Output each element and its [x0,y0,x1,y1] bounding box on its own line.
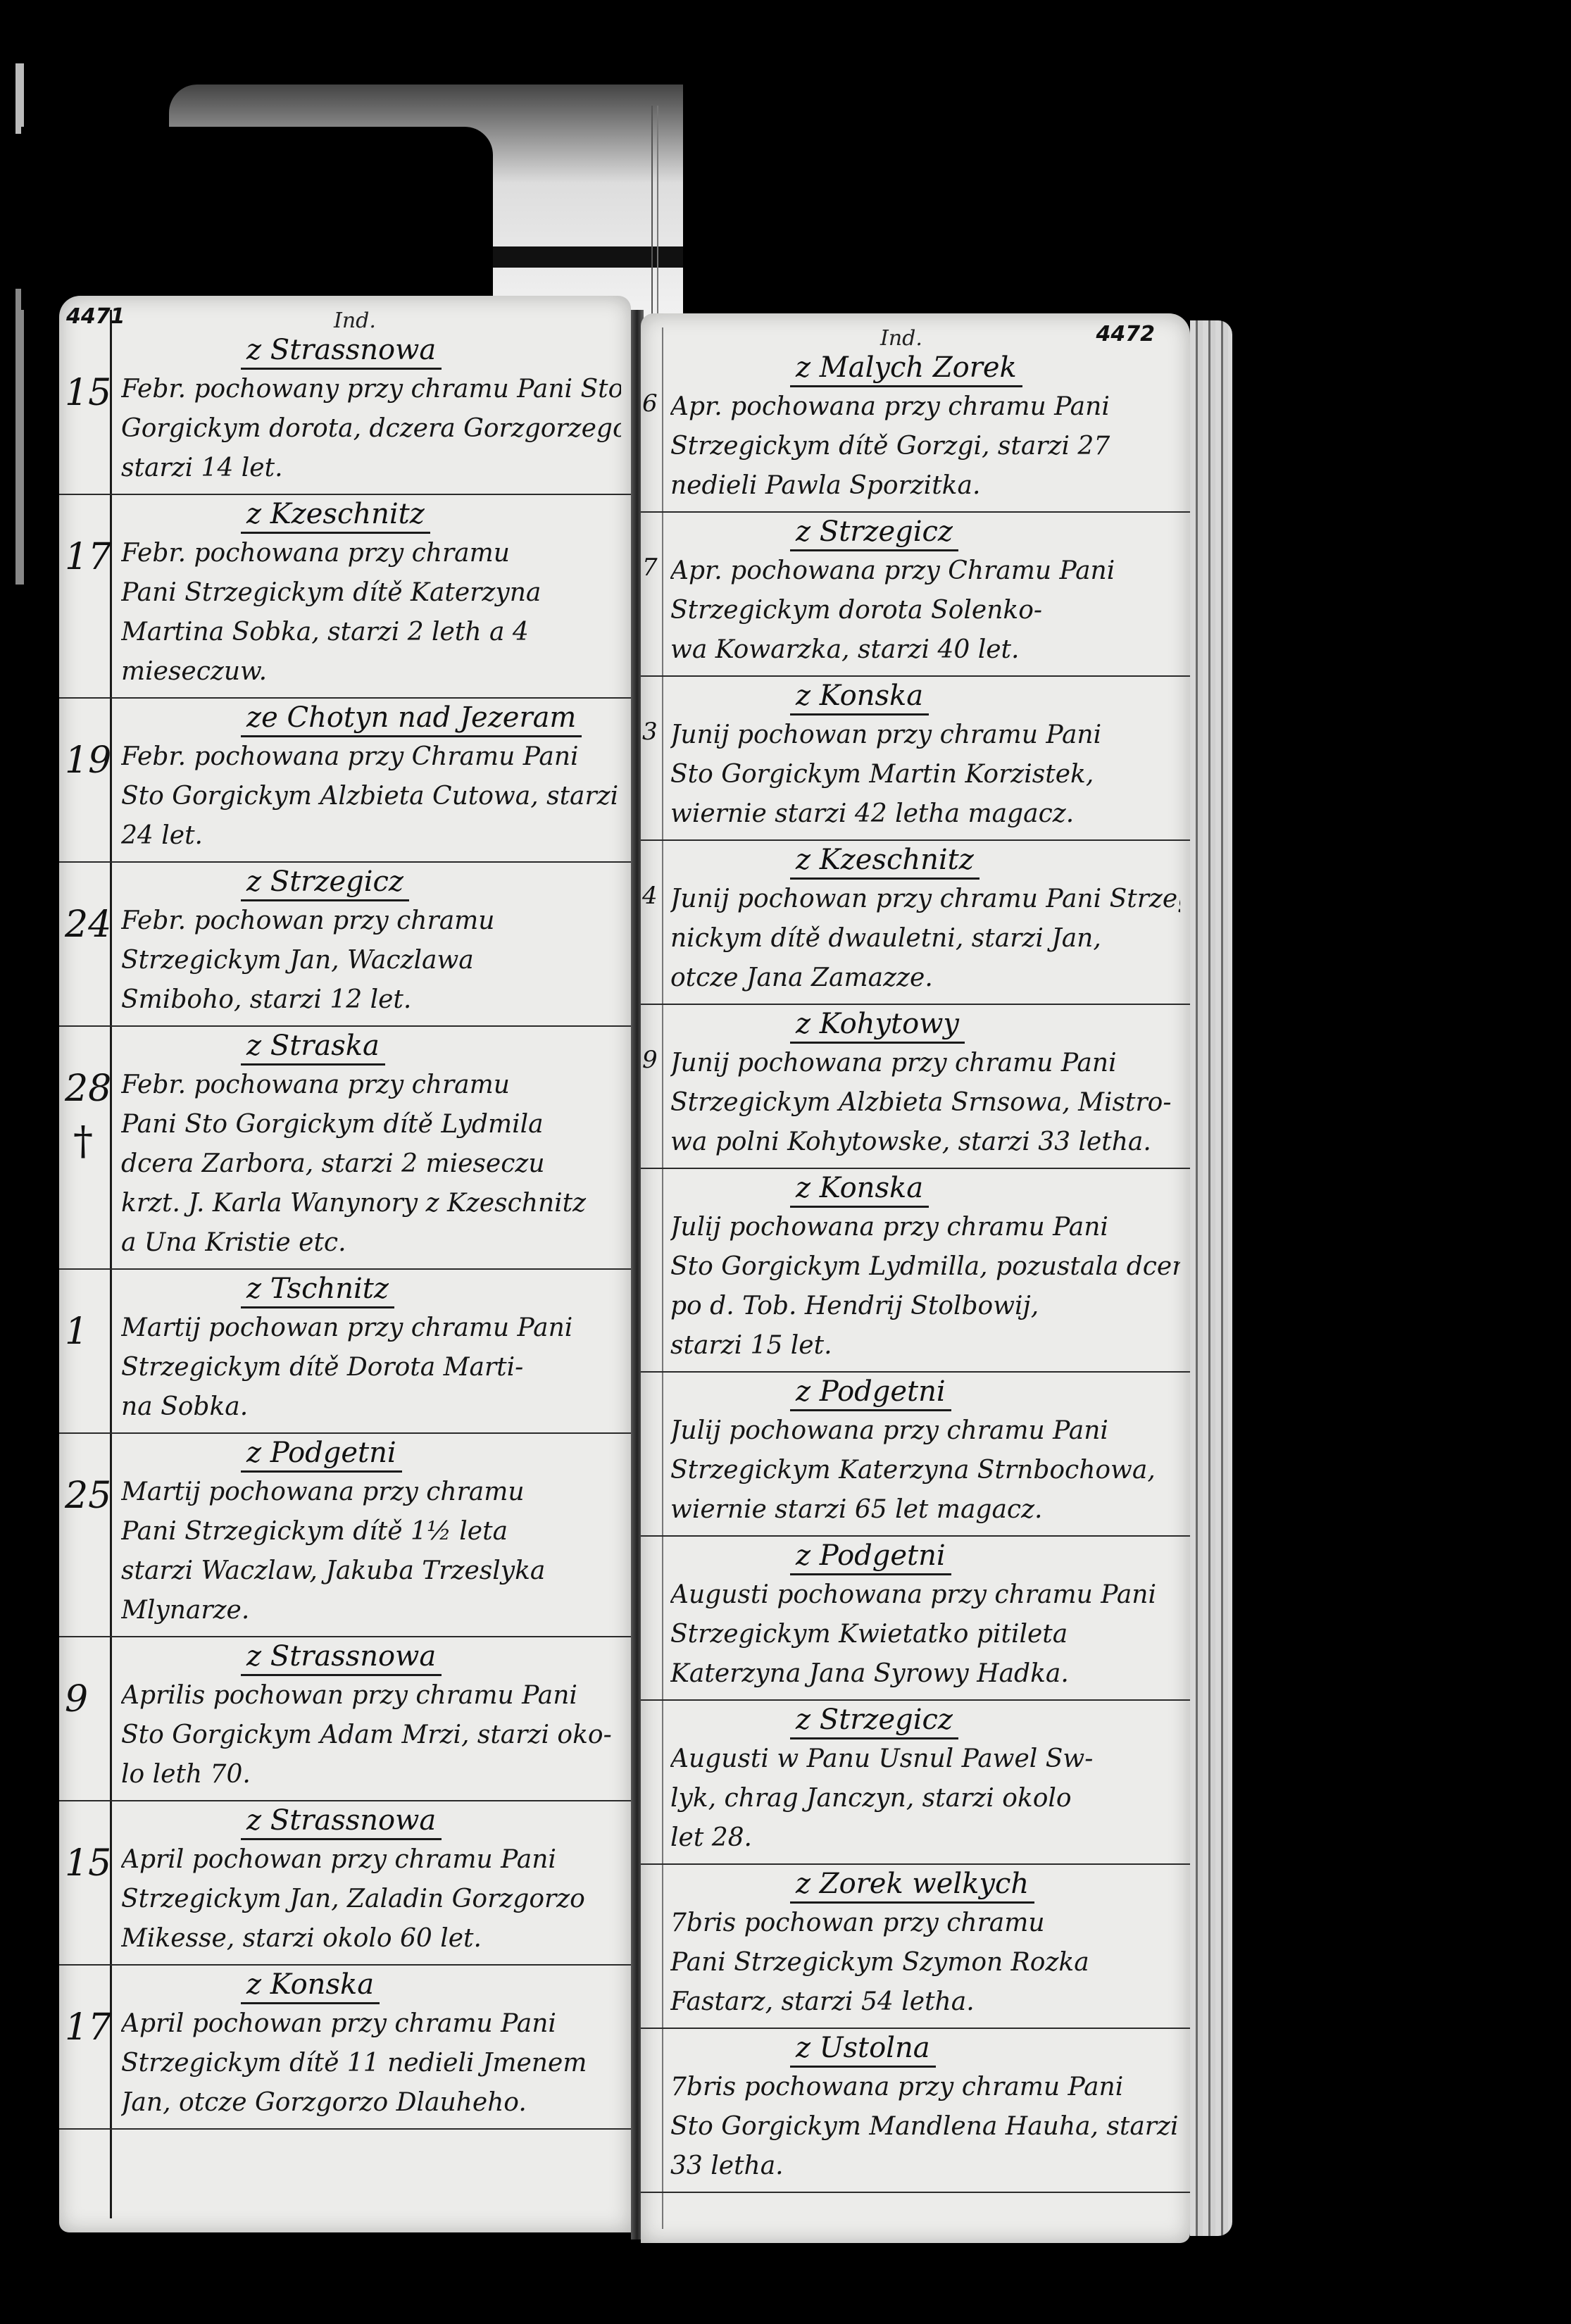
burial-entry: 24 z Strzegicz Febr. pochowan przy chram… [59,863,631,1027]
entry-line: a Una Kristie etc. [121,1223,621,1263]
entry-day: 25 [65,1475,111,1517]
header-mark: Ind. [334,308,376,333]
entry-line: Smiboho, starzi 12 let. [121,980,621,1020]
entry-day: 28 [65,1068,111,1110]
entry-village: z Kohytowy [790,1008,965,1044]
burial-entry: 17 z Kzeschnitz Febr. pochowana przy chr… [59,495,631,699]
entry-village: z Kzeschnitz [790,844,979,880]
entry-day: 1 [65,1311,88,1353]
entry-line: Junij pochowan przy chramu Pani [670,716,1180,755]
burial-entry: 19 ze Chotyn nad Jezeram Febr. pochowana… [59,699,631,863]
burial-entry: 3 z Konska Junij pochowan przy chramu Pa… [641,677,1190,841]
entry-line: Febr. pochowan przy chramu [121,901,621,941]
entry-line: Apr. pochowana przy chramu Pani [670,387,1180,427]
entry-line: starzi 15 let. [670,1326,1180,1366]
entry-line: Sto Gorgickym Alzbieta Cutowa, starzi [121,777,621,816]
entry-village: z Strassnowa [241,1640,442,1676]
entry-line: lo leth 70. [121,1755,621,1794]
entry-line: Sto Gorgickym Lydmilla, pozustala dcera [670,1247,1180,1287]
entry-line: Gorgickym dorota, dczera Gorzgorzego [121,409,621,449]
entry-line: Febr. pochowana przy chramu [121,1066,621,1105]
entry-line: Pani Strzegickym Szymon Rozka [670,1943,1180,1982]
burial-entry: z Podgetni Augusti pochowana przy chramu… [641,1537,1190,1701]
entry-day: 9 [642,1046,658,1074]
entry-village: z Podgetni [790,1539,951,1575]
entry-line: otcze Jana Zamazze. [670,958,1180,998]
entry-line: wa polni Kohytowske, starzi 33 letha. [670,1123,1180,1162]
entry-line: 24 let. [121,816,621,856]
entry-day: 17 [65,2006,111,2049]
entry-line: Febr. pochowany przy chramu Pani Sto [121,370,621,409]
entry-line: Pani Strzegickym dítě Katerzyna [121,573,621,613]
entry-list: 6 z Malych Zorek Apr. pochowana przy chr… [641,349,1190,2193]
burial-entry: 7 z Strzegicz Apr. pochowana przy Chramu… [641,513,1190,677]
entry-village: z Straska [241,1030,385,1066]
page-block-edges [1190,320,1232,2236]
entry-line: nickym dítě dwauletni, starzi Jan, [670,919,1180,958]
film-edge-mark [15,289,24,585]
entry-village: z Tschnitz [241,1273,394,1308]
entry-day: 19 [65,739,111,782]
burial-entry: 17 z Konska April pochowan przy chramu P… [59,1966,631,2130]
entry-line: Fastarz, starzi 54 letha. [670,1982,1180,2022]
entry-day: 15 [65,372,111,414]
scanner-shadow [21,127,493,310]
entry-line: Julij pochowana przy chramu Pani [670,1208,1180,1247]
entry-line: Strzegickym dorota Solenko- [670,591,1180,630]
entry-village: z Ustolna [790,2032,936,2068]
entry-day: 4 [642,882,658,910]
entry-line: Katerzyna Jana Syrowy Hadka. [670,1654,1180,1694]
entry-list: 15 z Strassnowa Febr. pochowany przy chr… [59,331,631,2130]
burial-entry: z Strzegicz Augusti w Panu Usnul Pawel S… [641,1701,1190,1865]
entry-line: wa Kowarzka, starzi 40 let. [670,630,1180,670]
entry-line: lyk, chrag Janczyn, starzi okolo [670,1779,1180,1818]
entry-line: Strzegickym dítě Gorzgi, starzi 27 [670,427,1180,466]
left-page: 4471 Ind. 15 z Strassnowa Febr. pochowan… [59,296,631,2232]
entry-day: 15 [65,1842,111,1885]
entry-line: dcera Zarbora, starzi 2 mieseczu [121,1144,621,1184]
entry-line: wiernie starzi 42 letha magacz. [670,794,1180,834]
entry-line: Sto Gorgickym Adam Mrzi, starzi oko- [121,1716,621,1755]
entry-village: z Strzegicz [790,1704,958,1739]
entry-village: z Strassnowa [241,1804,442,1840]
entry-line: Sto Gorgickym Mandlena Hauha, starzi [670,2107,1180,2147]
entry-day: 3 [642,718,658,746]
entry-line: April pochowan przy chramu Pani [121,1840,621,1880]
entry-line: Junij pochowan przy chramu Pani Strzeg- [670,880,1180,919]
entry-line: wiernie starzi 65 let magacz. [670,1490,1180,1530]
entry-village: z Strzegicz [241,866,409,901]
entry-line: Pani Sto Gorgickym dítě Lydmila [121,1105,621,1144]
entry-line: nedieli Pawla Sporzitka. [670,466,1180,506]
entry-line: 7bris pochowana przy chramu Pani [670,2068,1180,2107]
entry-village: ze Chotyn nad Jezeram [241,701,582,737]
cross-icon: † [73,1118,93,1164]
entry-line: Jan, otcze Gorzgorzo Dlauheho. [121,2083,621,2123]
entry-village: z Strzegicz [790,516,958,551]
entry-line: Augusti pochowana przy chramu Pani [670,1575,1180,1615]
entry-line: Apr. pochowana przy Chramu Pani [670,551,1180,591]
entry-line: let 28. [670,1818,1180,1858]
entry-village: z Malych Zorek [790,351,1022,387]
entry-line: Febr. pochowana przy Chramu Pani [121,737,621,777]
burial-entry: z Konska Julij pochowana przy chramu Pan… [641,1169,1190,1373]
entry-line: Strzegickym dítě 11 nedieli Jmenem [121,2044,621,2083]
entry-line: Strzegickym dítě Dorota Marti- [121,1348,621,1387]
entry-line: Julij pochowana przy chramu Pani [670,1411,1180,1451]
entry-village: z Podgetni [790,1375,951,1411]
entry-line: Martina Sobka, starzi 2 leth a 4 [121,613,621,652]
entry-day: 7 [642,554,658,582]
entry-line: Strzegickym Katerzyna Strnbochowa, [670,1451,1180,1490]
entry-line: Junij pochowana przy chramu Pani [670,1044,1180,1083]
entry-line: April pochowan przy chramu Pani [121,2004,621,2044]
entry-village: z Zorek welkych [790,1868,1034,1904]
entry-day: 6 [642,389,658,418]
entry-line: Febr. pochowana przy chramu [121,534,621,573]
burial-entry: 15 z Strassnowa Febr. pochowany przy chr… [59,331,631,495]
entry-village: z Podgetni [241,1437,402,1473]
entry-line: Mikesse, starzi okolo 60 let. [121,1919,621,1958]
burial-entry: 1 z Tschnitz Martij pochowan przy chramu… [59,1270,631,1434]
entry-village: z Kzeschnitz [241,498,430,534]
entry-village: z Strassnowa [241,334,442,370]
burial-entry: z Zorek welkych 7bris pochowan przy chra… [641,1865,1190,2029]
page-number: 4472 [1096,322,1156,346]
entry-line: mieseczuw. [121,652,621,692]
entry-line: Strzegickym Jan, Zaladin Gorzgorzo [121,1880,621,1919]
burial-entry: z Ustolna 7bris pochowana przy chramu Pa… [641,2029,1190,2193]
entry-village: z Konska [241,1968,380,2004]
burial-entry: 28 † z Straska Febr. pochowana przy chra… [59,1027,631,1270]
entry-line: Augusti w Panu Usnul Pawel Sw- [670,1739,1180,1779]
entry-line: Strzegickym Alzbieta Srnsowa, Mistro- [670,1083,1180,1123]
header-mark: Ind. [880,326,922,351]
scanner-glass-edge [651,106,658,331]
entry-line: 33 letha. [670,2147,1180,2186]
page-number: 4471 [66,304,125,329]
entry-village: z Konska [790,1172,929,1208]
entry-line: starzi Waczlaw, Jakuba Trzeslyka [121,1551,621,1591]
entry-line: Martij pochowana przy chramu [121,1473,621,1512]
entry-line: Pani Strzegickym dítě 1½ leta [121,1512,621,1551]
entry-day: 17 [65,536,111,578]
entry-village: z Konska [790,680,929,716]
entry-line: starzi 14 let. [121,449,621,488]
burial-entry: z Podgetni Julij pochowana przy chramu P… [641,1373,1190,1537]
burial-entry: 9 z Kohytowy Junij pochowana przy chramu… [641,1005,1190,1169]
entry-line: 7bris pochowan przy chramu [670,1904,1180,1943]
burial-entry: 15 z Strassnowa April pochowan przy chra… [59,1801,631,1966]
entry-line: Sto Gorgickym Martin Korzistek, [670,755,1180,794]
film-edge-mark [15,63,24,134]
burial-entry: 6 z Malych Zorek Apr. pochowana przy chr… [641,349,1190,513]
burial-entry: 25 z Podgetni Martij pochowana przy chra… [59,1434,631,1637]
entry-day: 9 [65,1678,88,1720]
entry-line: Martij pochowan przy chramu Pani [121,1308,621,1348]
entry-line: krzt. J. Karla Wanynory z Kzeschnitz [121,1184,621,1223]
entry-line: na Sobka. [121,1387,621,1427]
burial-entry: 9 z Strassnowa Aprilis pochowan przy chr… [59,1637,631,1801]
entry-day: 24 [65,904,111,946]
right-page: 4472 Ind. 6 z Malych Zorek Apr. pochowan… [641,313,1190,2243]
entry-line: Strzegickym Kwietatko pitileta [670,1615,1180,1654]
entry-line: Strzegickym Jan, Waczlawa [121,941,621,980]
entry-line: Mlynarze. [121,1591,621,1630]
burial-entry: 4 z Kzeschnitz Junij pochowan przy chram… [641,841,1190,1005]
entry-line: Aprilis pochowan przy chramu Pani [121,1676,621,1716]
entry-line: po d. Tob. Hendrij Stolbowij, [670,1287,1180,1326]
